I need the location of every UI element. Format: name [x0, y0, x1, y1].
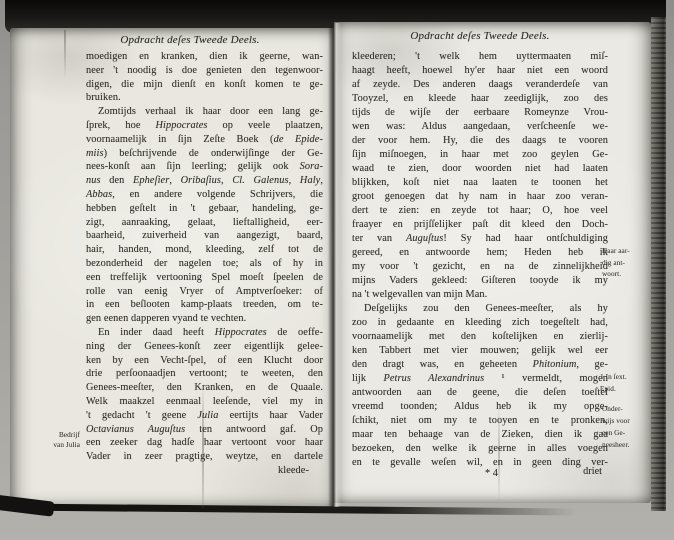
text-line: een zeeker dag hadſe haar vertoont voor … [86, 436, 323, 450]
text-line: nees-konſt aan ſijn leerling; gelijk ook… [86, 160, 323, 174]
paper-crease [64, 30, 66, 78]
text-line: fraayer en prijſſelijker paſt dit kleed … [352, 218, 608, 232]
text-line: drie perſoonaadjen vertoont; te weeten, … [86, 367, 323, 381]
text-line: Octavianus Auguſtus ten antwoord gaf. Op [86, 423, 323, 437]
text-line: kleederen; 't welk hem uyttermaaten miſ- [352, 50, 608, 64]
margin-note-julia: Bedrijf van Julia [30, 431, 80, 450]
text-line: ter van Auguſtus! Sy had haar ontſchuldi… [352, 232, 608, 246]
text-line: antwoorden aan de geene, die deſen toeſt… [352, 386, 608, 400]
text-line: digen, die mijn dienſt en konſt komen te… [86, 78, 323, 92]
text-line: gereed, en antwoorde hem; Heden heb ik [352, 246, 608, 260]
text-line: groot genoegen dat hy nam in haar zoo ve… [352, 190, 608, 204]
signature-mark: * 4 [485, 468, 498, 479]
text-line: Deſgelijks zou den Genees-meeſter, als h… [352, 302, 608, 316]
text-line: mijns Vaders gekleed: Giſteren tooyde ik… [352, 274, 608, 288]
text-line: bezonderheid der nagelen toe; als of hy … [86, 257, 323, 271]
text-line: neer 't noodig is doe genieten den tegen… [86, 64, 323, 78]
text-line: kleede- [86, 464, 323, 478]
book-bottom-edge [7, 504, 577, 516]
text-line: Zomtijds verhaal ik haar door een lang g… [86, 105, 323, 119]
margin-note-answer: Haar aar- dig ant- woort. [602, 246, 648, 281]
margin-note-reference: 1 In ſext. Epid. [600, 371, 650, 395]
text-line: gen eenen dapperen vyand te vechten. [86, 312, 323, 326]
book-photo: Opdracht deſes Tweede Deels. Opdracht de… [0, 0, 674, 540]
text-line: voornaamelijk in ſijn Zeſte Boek (de Epi… [86, 133, 323, 147]
page-edges-fore-edge [651, 17, 666, 511]
text-line: Abbas, en andere volgende Schrijvers, di… [86, 188, 323, 202]
text-line: bruiken. [86, 91, 323, 105]
text-line: moedigen en kranken, dien ik geerne, wan… [86, 50, 323, 64]
text-line: dert te zien: en zeyde tot haar; O, hoe … [352, 204, 608, 218]
text-line: waad te zien, door woorden niet had laat… [352, 162, 608, 176]
text-line: Welk maakzel eenmaal leeſende, viel my i… [86, 395, 323, 409]
catchword: driet [583, 466, 602, 477]
margin-note-instruction: Onder- wijs voor een Ge- neesheer. [602, 403, 648, 451]
text-line: in een beſlooten kamp-plaats treeden, om… [86, 298, 323, 312]
left-text-block: moedigen en kranken, dien ik geerne, wan… [86, 50, 323, 478]
right-running-title: Opdracht deſes Tweede Deels. [352, 30, 608, 42]
text-line: ſprek, hoe Hippocrates op veele plaatzen… [86, 119, 323, 133]
text-line: 't gedacht 't geene Julia eertijts haar … [86, 409, 323, 423]
text-line: tijds de wijſe der eerbaare Romeynze Vro… [352, 106, 608, 120]
text-line: een treffelijk vertooning Spel moeſt ſpe… [86, 271, 323, 285]
text-line: Genees-meeſter, den Kranken, en de Quaal… [86, 381, 323, 395]
text-line: zoo in gedaante en kleeding zich toegeſt… [352, 316, 608, 330]
text-line: nus den Epheſier, Oribaſius, Cl. Galenus… [86, 174, 323, 188]
book-gutter-fold [328, 23, 341, 507]
left-running-title: Opdracht deſes Tweede Deels. [70, 34, 310, 46]
text-line: vreemd toonden; Aldus heb ik my opge- [352, 400, 608, 414]
text-line: der voor hem. Hy, die des daags te voore… [352, 134, 608, 148]
text-line: blijkken, koſt niet naa laaten te toonen… [352, 176, 608, 190]
text-line: lijk Petrus Alexandrinus ¹ vermeldt, mog… [352, 372, 608, 386]
text-line: ſchikt, niet om my te tooyen en te pronk… [352, 414, 608, 428]
text-line: miis) beſchrijvende de onderwijſinge der… [86, 147, 323, 161]
text-line: Tooyzel, en kleede haar zeediglijk, zoo … [352, 92, 608, 106]
text-line: ken by een Vecht-ſpel, of een Klucht doo… [86, 354, 323, 368]
text-line: ſijn miſnoegen, in haar met zoo geylen G… [352, 148, 608, 162]
text-line: hebben geſtelt in 't gebaar, handeling, … [86, 202, 323, 216]
text-line: hair, handen, mond, kleeding, zelf tot d… [86, 243, 323, 257]
text-line: bezoeken, den welke ik geerne in alles v… [352, 442, 608, 456]
text-line: my voor 't gezicht, en na de zinnelijkhe… [352, 260, 608, 274]
text-line: zigt, aanraaking, gelaat, lieftalligheid… [86, 216, 323, 230]
text-line: maar ten behaage van de Zieken, dien ik … [352, 428, 608, 442]
text-line: Vader in zeer pragtige, weytze, en darte… [86, 450, 323, 464]
text-line: wen was: Aldus aangedaan, verſcheenſe we… [352, 120, 608, 134]
text-line: ning der Genees-konſt zeer eigentlijk ge… [86, 340, 323, 354]
text-line: af zeyde. Des anderen daags veranderdeſe… [352, 78, 608, 92]
text-line: En inder daad heeft Hippocrates de oeffe… [86, 326, 323, 340]
text-line: rolle van eenig Vryer of Amptverſoeker: … [86, 285, 323, 299]
text-line: voornaamelijk met den koſtelijken en zie… [352, 330, 608, 344]
right-page-footer: * 4 driet [352, 468, 608, 482]
text-line: baarheid, zuiverheid van aangezigt, baar… [86, 229, 323, 243]
text-line: ken Tabbert met vier mouwen; gelijk wel … [352, 344, 608, 358]
text-line: haagt heeft, hoewel hy'er haar niet een … [352, 64, 608, 78]
text-line: na 't welgevallen van mijn Man. [352, 288, 608, 302]
right-text-block: kleederen; 't welk hem uyttermaaten miſ-… [352, 50, 608, 470]
text-line: den dragt was, en geheeten Phitonium, ge… [352, 358, 608, 372]
